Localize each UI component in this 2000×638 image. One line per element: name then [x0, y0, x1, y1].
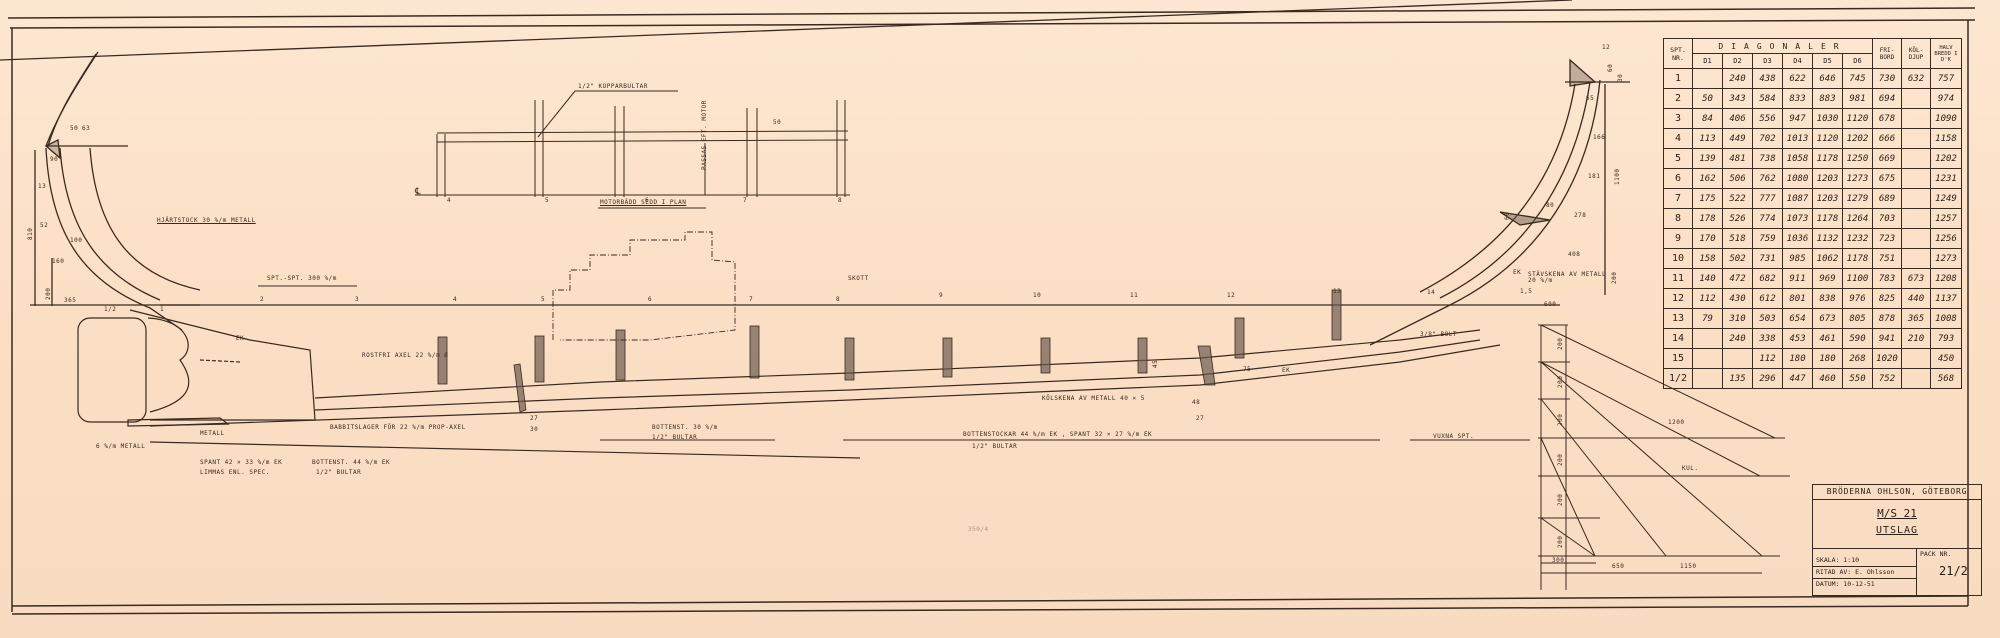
drawing-sheet: 1/2" KOPPARBULTAR MOTORBÄDD SEDD I PLAN …: [0, 0, 2000, 638]
diagonal-cell: 1232: [1843, 229, 1873, 249]
diagonal-cell: 911: [1783, 269, 1813, 289]
keel-depth-cell: 365: [1902, 309, 1931, 329]
diagonal-cell: 646: [1813, 69, 1843, 89]
diagonal-cell: 406: [1723, 109, 1753, 129]
diagonal-cell: 805: [1843, 309, 1873, 329]
pencil-note: 350/4: [968, 527, 989, 533]
half-breadth-cell: 450: [1931, 349, 1962, 369]
diagonal-cell: [1723, 349, 1753, 369]
babbit-bearing-note: BABBITSLAGER FÖR 22 %/m PROP-AXEL: [330, 425, 466, 431]
diagonal-cell: 79: [1693, 309, 1723, 329]
diagonal-cell: 969: [1813, 269, 1843, 289]
diagonal-cell: [1693, 69, 1723, 89]
keel-depth-cell: [1902, 209, 1931, 229]
diagonal-cell: 310: [1723, 309, 1753, 329]
diagonal-cell: 162: [1693, 169, 1723, 189]
centerline-symbol: ℄: [415, 188, 421, 197]
diagonal-cell: 1178: [1843, 249, 1873, 269]
freeboard-cell: 825: [1873, 289, 1902, 309]
bow-dim-600: 600: [1544, 302, 1556, 308]
diag-dim-200-5: 200: [1558, 494, 1564, 506]
shaft-note: ROSTFRI AXEL 22 %/m Ø: [362, 353, 448, 359]
diagonal-cell: 180: [1813, 349, 1843, 369]
dim-30: 30: [530, 427, 538, 433]
floor-30-note: BOTTENST. 30 %/m: [652, 425, 718, 431]
diagonal-cell: 612: [1753, 289, 1783, 309]
freeboard-cell: 666: [1873, 129, 1902, 149]
keel-depth-cell: 632: [1902, 69, 1931, 89]
diagonal-cell: 140: [1693, 269, 1723, 289]
bow-dim-60b: 60: [1505, 212, 1511, 220]
half-breadth-cell: 1202: [1931, 149, 1962, 169]
floors-frames-note: BOTTENSTOCKAR 44 %/m EK , SPANT 32 × 27 …: [963, 432, 1152, 438]
diagonal-cell: 343: [1723, 89, 1753, 109]
frame-14: 14: [1427, 290, 1435, 296]
diagonal-cell: 518: [1723, 229, 1753, 249]
half-breadth-cell: 1008: [1931, 309, 1962, 329]
diagonal-cell: 985: [1783, 249, 1813, 269]
frame-spacing-note: SPT.-SPT. 300 %/m: [267, 276, 337, 282]
diag-dim-200-2: 200: [1558, 376, 1564, 388]
offsets-row: 41134497021013112012026661158: [1664, 129, 1962, 149]
keel-depth-cell: 440: [1902, 289, 1931, 309]
frame-4: 4: [453, 297, 457, 303]
floor-spec-note: BOTTENST. 44 %/m EK: [312, 460, 390, 466]
offsets-row: 61625067621080120312736751231: [1664, 169, 1962, 189]
half-breadth-cell: 1158: [1931, 129, 1962, 149]
diagonal-cell: 731: [1753, 249, 1783, 269]
station-cell: 1: [1664, 69, 1693, 89]
offsets-row: 51394817381058117812506691202: [1664, 149, 1962, 169]
diagonal-cell: 1203: [1813, 169, 1843, 189]
diagonal-cell: 139: [1693, 149, 1723, 169]
frame-8: 8: [836, 297, 840, 303]
pack-number-box: PACK NR. 21/2: [1916, 548, 1982, 595]
freeboard-cell: 678: [1873, 109, 1902, 129]
d3-header: D3: [1753, 54, 1783, 69]
stern-dim-50: 50: [70, 126, 78, 132]
offsets-table-body: 1240438622646745730632757250343584833883…: [1664, 69, 1962, 389]
diagonal-cell: 296: [1753, 369, 1783, 389]
diagonal-cell: 1073: [1783, 209, 1813, 229]
station-cell: 3: [1664, 109, 1693, 129]
stern-dim-365: 365: [64, 298, 76, 304]
dim-50: 50: [773, 120, 781, 126]
frame-10: 10: [1033, 293, 1041, 299]
diagonal-cell: 447: [1783, 369, 1813, 389]
half-breadth-header: HALV BREDD I D'K: [1931, 39, 1962, 69]
bow-dim-12: 12: [1602, 45, 1610, 51]
freeboard-cell: 1020: [1873, 349, 1902, 369]
offsets-row: 14240338453461590941210793: [1664, 329, 1962, 349]
diagonal-cell: 981: [1843, 89, 1873, 109]
diagonal-cell: 1036: [1783, 229, 1813, 249]
half-breadth-cell: 1257: [1931, 209, 1962, 229]
diagonal-cell: 113: [1693, 129, 1723, 149]
frame-6: 6: [648, 297, 652, 303]
frame-2: 2: [260, 297, 264, 303]
fit-to-engine-note: PASSAS EFT. MOTOR: [702, 100, 708, 170]
plan-frame-5: 5: [545, 198, 549, 204]
diag-dim-1200: 1200: [1668, 420, 1684, 426]
diagonal-cell: 430: [1723, 289, 1753, 309]
freeboard-cell: 783: [1873, 269, 1902, 289]
stern-post: [30, 52, 200, 330]
station-cell: 9: [1664, 229, 1693, 249]
offsets-row: 384406556947103011206781090: [1664, 109, 1962, 129]
motor-bed-plan: [415, 91, 850, 208]
d4-header: D4: [1783, 54, 1813, 69]
station-cell: 8: [1664, 209, 1693, 229]
diagonal-cell: 135: [1723, 369, 1753, 389]
frame-9: 9: [939, 293, 943, 299]
offsets-row: 71755227771087120312796891249: [1664, 189, 1962, 209]
d6-header: D6: [1843, 54, 1873, 69]
diagonal-cell: 460: [1813, 369, 1843, 389]
bow-dim-166: 166: [1593, 135, 1605, 141]
metall-label: METALL: [200, 431, 225, 437]
diagonal-cell: 673: [1813, 309, 1843, 329]
diagonal-cell: 438: [1753, 69, 1783, 89]
diagonal-cell: 50: [1693, 89, 1723, 109]
stem-band-note: STÄVSKENA AV METALL 20 %/m: [1528, 272, 1608, 284]
drawn-by-field: RITAD AV: E. Ohlsson: [1813, 567, 1916, 579]
keel: [150, 305, 1560, 458]
diagonal-cell: 240: [1723, 69, 1753, 89]
diagonal-cell: 738: [1753, 149, 1783, 169]
diagonal-cell: 503: [1753, 309, 1783, 329]
dim-48: 48: [1192, 400, 1200, 406]
diagonal-cell: 838: [1813, 289, 1843, 309]
frame-15: 1,5: [1520, 289, 1532, 295]
bow-dim-65: 65: [1586, 96, 1594, 102]
frame-spec-note: SPANT 42 × 33 %/m EK: [200, 460, 282, 466]
plan-frame-7: 7: [743, 198, 747, 204]
title-block: BRÖDERNA OHLSON, GÖTEBORG M/S 21 UTSLAG …: [1812, 484, 1982, 596]
diagonal-cell: 449: [1723, 129, 1753, 149]
freeboard-cell: 723: [1873, 229, 1902, 249]
diagonal-cell: 453: [1783, 329, 1813, 349]
offsets-row: 10158502731985106211787511273: [1664, 249, 1962, 269]
half-breadth-cell: 568: [1931, 369, 1962, 389]
rudder-metall-label: 6 %/m METALL: [96, 444, 145, 450]
floors: [438, 290, 1341, 412]
diagonal-cell: 1202: [1843, 129, 1873, 149]
frame-7: 7: [749, 297, 753, 303]
station-cell: 6: [1664, 169, 1693, 189]
station-cell: 5: [1664, 149, 1693, 169]
stern-dim-200: 200: [46, 288, 52, 300]
keel-depth-cell: [1902, 229, 1931, 249]
station-cell: 13: [1664, 309, 1693, 329]
bow-ek-label: EK: [1513, 270, 1521, 276]
motor-bed-plan-title: MOTORBÄDD SEDD I PLAN: [600, 200, 686, 206]
stern-dim-63: 63: [82, 126, 90, 132]
diag-dim-200-1: 200: [1558, 338, 1564, 350]
stern-dim-90: 90: [50, 157, 58, 163]
diag-dim-1150: 1150: [1680, 564, 1696, 570]
offsets-row: 121124306128018389768254401137: [1664, 289, 1962, 309]
frame-11: 11: [1130, 293, 1138, 299]
offsets-table: SPT. NR. DIAGONALER FRI- BORD KÖL- DJUP …: [1663, 38, 1962, 389]
keel-strip-note: KÖLSKENA AV METALL 40 × 5: [1042, 396, 1145, 402]
half-breadth-cell: 1208: [1931, 269, 1962, 289]
diagonal-cell: 158: [1693, 249, 1723, 269]
keel-depth-cell: [1902, 89, 1931, 109]
keel-depth-cell: 210: [1902, 329, 1931, 349]
diagonal-cell: 526: [1723, 209, 1753, 229]
diagonal-cell: 522: [1723, 189, 1753, 209]
bow-dim-181: 181: [1588, 174, 1600, 180]
freeboard-cell: 941: [1873, 329, 1902, 349]
diagonal-cell: 1203: [1813, 189, 1843, 209]
diagonal-cell: [1693, 329, 1723, 349]
diagonal-cell: 1100: [1843, 269, 1873, 289]
d1-header: D1: [1693, 54, 1723, 69]
station-cell: 12: [1664, 289, 1693, 309]
diagonal-cell: 590: [1843, 329, 1873, 349]
station-cell: 7: [1664, 189, 1693, 209]
diagonal-cell: 550: [1843, 369, 1873, 389]
diagonal-cell: 556: [1753, 109, 1783, 129]
glue-spec-note: LIMMAS ENL. SPEC.: [200, 470, 270, 476]
frame-3: 3: [355, 297, 359, 303]
diagonal-cell: 801: [1783, 289, 1813, 309]
keel-depth-cell: 673: [1902, 269, 1931, 289]
freeboard-cell: 752: [1873, 369, 1902, 389]
diagonal-cell: 947: [1783, 109, 1813, 129]
freeboard-cell: 703: [1873, 209, 1902, 229]
freeboard-cell: 878: [1873, 309, 1902, 329]
spt-nr-header: SPT. NR.: [1664, 39, 1693, 69]
diagonal-cell: 175: [1693, 189, 1723, 209]
diagonal-cell: 1279: [1843, 189, 1873, 209]
date-field: DATUM: 10-12-51: [1813, 579, 1916, 590]
bow-dim-200: 200: [1612, 272, 1618, 284]
stern-block: [78, 310, 315, 426]
bow-dim-408: 408: [1568, 252, 1580, 258]
d5-header: D5: [1813, 54, 1843, 69]
diagonal-cell: 1013: [1783, 129, 1813, 149]
diag-dim-300: 300: [1552, 558, 1564, 564]
keel-depth-cell: [1902, 129, 1931, 149]
stern-dim-13: 13: [38, 184, 46, 190]
keel-depth-cell: [1902, 149, 1931, 169]
diagonal-cell: 622: [1783, 69, 1813, 89]
diagonal-cell: 180: [1783, 349, 1813, 369]
bolts-note-a: 1/2" BULTAR: [652, 435, 697, 441]
offsets-row: 13793105036546738058783651008: [1664, 309, 1962, 329]
diagonal-cell: 1273: [1843, 169, 1873, 189]
freeboard-cell: 675: [1873, 169, 1902, 189]
diagonal-cell: 1178: [1813, 209, 1843, 229]
diag-dim-200-4: 200: [1558, 454, 1564, 466]
grown-frames-label: VUXNA SPT.: [1433, 434, 1474, 440]
bulkhead-label: SKOTT: [848, 276, 869, 282]
stern-dim-160: 160: [52, 259, 64, 265]
diagonal-cell: [1693, 369, 1723, 389]
pack-number-label: PACK NR.: [1920, 550, 1951, 558]
offsets-row: 1240438622646745730632757: [1664, 69, 1962, 89]
diagonal-cell: 1250: [1843, 149, 1873, 169]
keel-depth-cell: [1902, 169, 1931, 189]
frame-12: 12: [1227, 293, 1235, 299]
bow-bolt-note: 3/8" BOLT: [1420, 332, 1457, 338]
diagonal-cell: 1178: [1813, 149, 1843, 169]
diagonal-cell: 702: [1753, 129, 1783, 149]
station-cell: 15: [1664, 349, 1693, 369]
half-breadth-cell: 1256: [1931, 229, 1962, 249]
diagonal-cell: 481: [1723, 149, 1753, 169]
half-breadth-cell: 974: [1931, 89, 1962, 109]
half-breadth-cell: 1249: [1931, 189, 1962, 209]
station-cell: 10: [1664, 249, 1693, 269]
d2-header: D2: [1723, 54, 1753, 69]
diagonal-cell: 178: [1693, 209, 1723, 229]
diagonal-cell: 112: [1753, 349, 1783, 369]
freeboard-cell: 689: [1873, 189, 1902, 209]
half-breadth-cell: 1273: [1931, 249, 1962, 269]
pack-number-value: 21/2: [1939, 564, 1968, 578]
stern-dim-52: 52: [40, 223, 48, 229]
kul-label: KUL.: [1682, 466, 1698, 472]
bow-dim-278: 278: [1574, 213, 1586, 219]
diagonal-cell: 682: [1753, 269, 1783, 289]
keel-depth-cell: [1902, 249, 1931, 269]
keel-depth-cell: [1902, 109, 1931, 129]
station-cell: 4: [1664, 129, 1693, 149]
diagonal-cell: 745: [1843, 69, 1873, 89]
plan-frame-4: 4: [447, 198, 451, 204]
diagonal-cell: 1062: [1813, 249, 1843, 269]
diagonal-cell: 84: [1693, 109, 1723, 129]
hjartstock-note: HJÄRTSTOCK 30 %/m METALL: [157, 218, 256, 224]
bow-dim-1100: 1100: [1615, 169, 1621, 185]
company-name: BRÖDERNA OHLSON, GÖTEBORG: [1813, 485, 1981, 500]
offsets-row: 81785267741073117812647031257: [1664, 209, 1962, 229]
diagonal-cell: 1087: [1783, 189, 1813, 209]
keel-depth-header: KÖL- DJUP: [1902, 39, 1931, 69]
diagonal-cell: 112: [1693, 289, 1723, 309]
ship-designation: M/S 21: [1813, 507, 1981, 520]
bow-dim-30: 30: [1618, 74, 1624, 82]
bow-dim-60: 60: [1608, 64, 1614, 72]
dim-27b: 27: [1196, 416, 1204, 422]
diagonal-cell: 506: [1723, 169, 1753, 189]
diagonal-cell: 654: [1783, 309, 1813, 329]
freeboard-cell: 694: [1873, 89, 1902, 109]
diagonal-cell: 170: [1693, 229, 1723, 249]
offsets-row: 91705187591036113212327231256: [1664, 229, 1962, 249]
half-breadth-cell: 757: [1931, 69, 1962, 89]
frame-1: 1: [160, 307, 164, 313]
copper-bolts-note: 1/2" KOPPARBULTAR: [578, 84, 648, 90]
diagonal-cell: 240: [1723, 329, 1753, 349]
stern-ek-label: EK: [236, 336, 244, 342]
half-breadth-cell: 1137: [1931, 289, 1962, 309]
freeboard-cell: 669: [1873, 149, 1902, 169]
half-breadth-cell: 1231: [1931, 169, 1962, 189]
diagonal-cell: 777: [1753, 189, 1783, 209]
diag-dim-200-3: 200: [1558, 414, 1564, 426]
plan-frame-6: 6: [645, 198, 649, 204]
diagonal-cell: 472: [1723, 269, 1753, 289]
diagonal-cell: 1030: [1813, 109, 1843, 129]
offsets-row: 151121801802681020450: [1664, 349, 1962, 369]
frame-5: 5: [541, 297, 545, 303]
diagonals-header: DIAGONALER: [1693, 39, 1873, 54]
bolts-note: 1/2" BULTAR: [316, 470, 361, 476]
diagonal-cell: 1120: [1813, 129, 1843, 149]
half-breadth-cell: 1090: [1931, 109, 1962, 129]
diagonal-cell: 1132: [1813, 229, 1843, 249]
drawing-title: UTSLAG: [1813, 525, 1981, 536]
diagonal-cell: 502: [1723, 249, 1753, 269]
diagonal-cell: 774: [1753, 209, 1783, 229]
dim-45: 45: [1153, 360, 1159, 368]
diagonal-cell: 762: [1753, 169, 1783, 189]
freeboard-cell: 751: [1873, 249, 1902, 269]
keel-depth-cell: [1902, 369, 1931, 389]
half-breadth-cell: 793: [1931, 329, 1962, 349]
diagonal-cell: 1080: [1783, 169, 1813, 189]
diag-dim-650: 650: [1612, 564, 1624, 570]
offsets-row: 1114047268291196911007836731208: [1664, 269, 1962, 289]
engine-outline: [553, 232, 735, 340]
dim-75: 75: [1243, 367, 1251, 373]
stern-dim-810: 810: [28, 228, 34, 240]
diagonal-cell: 759: [1753, 229, 1783, 249]
station-cell: 1/2: [1664, 369, 1693, 389]
diagonal-cell: 461: [1813, 329, 1843, 349]
diagonal-cell: 976: [1843, 289, 1873, 309]
midship-ek-label: EK: [1282, 368, 1290, 374]
bow-dim-80: 80: [1546, 203, 1554, 209]
diagonal-cell: 1058: [1783, 149, 1813, 169]
diagonal-cell: 833: [1783, 89, 1813, 109]
diagonal-cell: 338: [1753, 329, 1783, 349]
diagonal-cell: 584: [1753, 89, 1783, 109]
diag-dim-200-6: 200: [1558, 536, 1564, 548]
bolts-note-b: 1/2" BULTAR: [972, 444, 1017, 450]
bow-stem: [0, 0, 1630, 345]
diagonal-cell: 268: [1843, 349, 1873, 369]
keel-depth-cell: [1902, 349, 1931, 369]
offsets-row: 250343584833883981694974: [1664, 89, 1962, 109]
offsets-row: 1/2135296447460550752568: [1664, 369, 1962, 389]
keel-depth-cell: [1902, 189, 1931, 209]
diagonal-cell: [1693, 349, 1723, 369]
scale-field: SKALA: 1:10: [1813, 555, 1916, 567]
station-cell: 11: [1664, 269, 1693, 289]
dim-27a: 27: [530, 416, 538, 422]
freeboard-header: FRI- BORD: [1873, 39, 1902, 69]
freeboard-cell: 730: [1873, 69, 1902, 89]
frame-half-label: 1/2: [104, 307, 116, 313]
stern-dim-100: 100: [70, 238, 82, 244]
frame-13: 13: [1333, 289, 1341, 295]
diagonal-cell: 883: [1813, 89, 1843, 109]
station-cell: 2: [1664, 89, 1693, 109]
station-cell: 14: [1664, 329, 1693, 349]
diagonal-cell: 1264: [1843, 209, 1873, 229]
diagonal-cell: 1120: [1843, 109, 1873, 129]
plan-frame-8: 8: [838, 198, 842, 204]
